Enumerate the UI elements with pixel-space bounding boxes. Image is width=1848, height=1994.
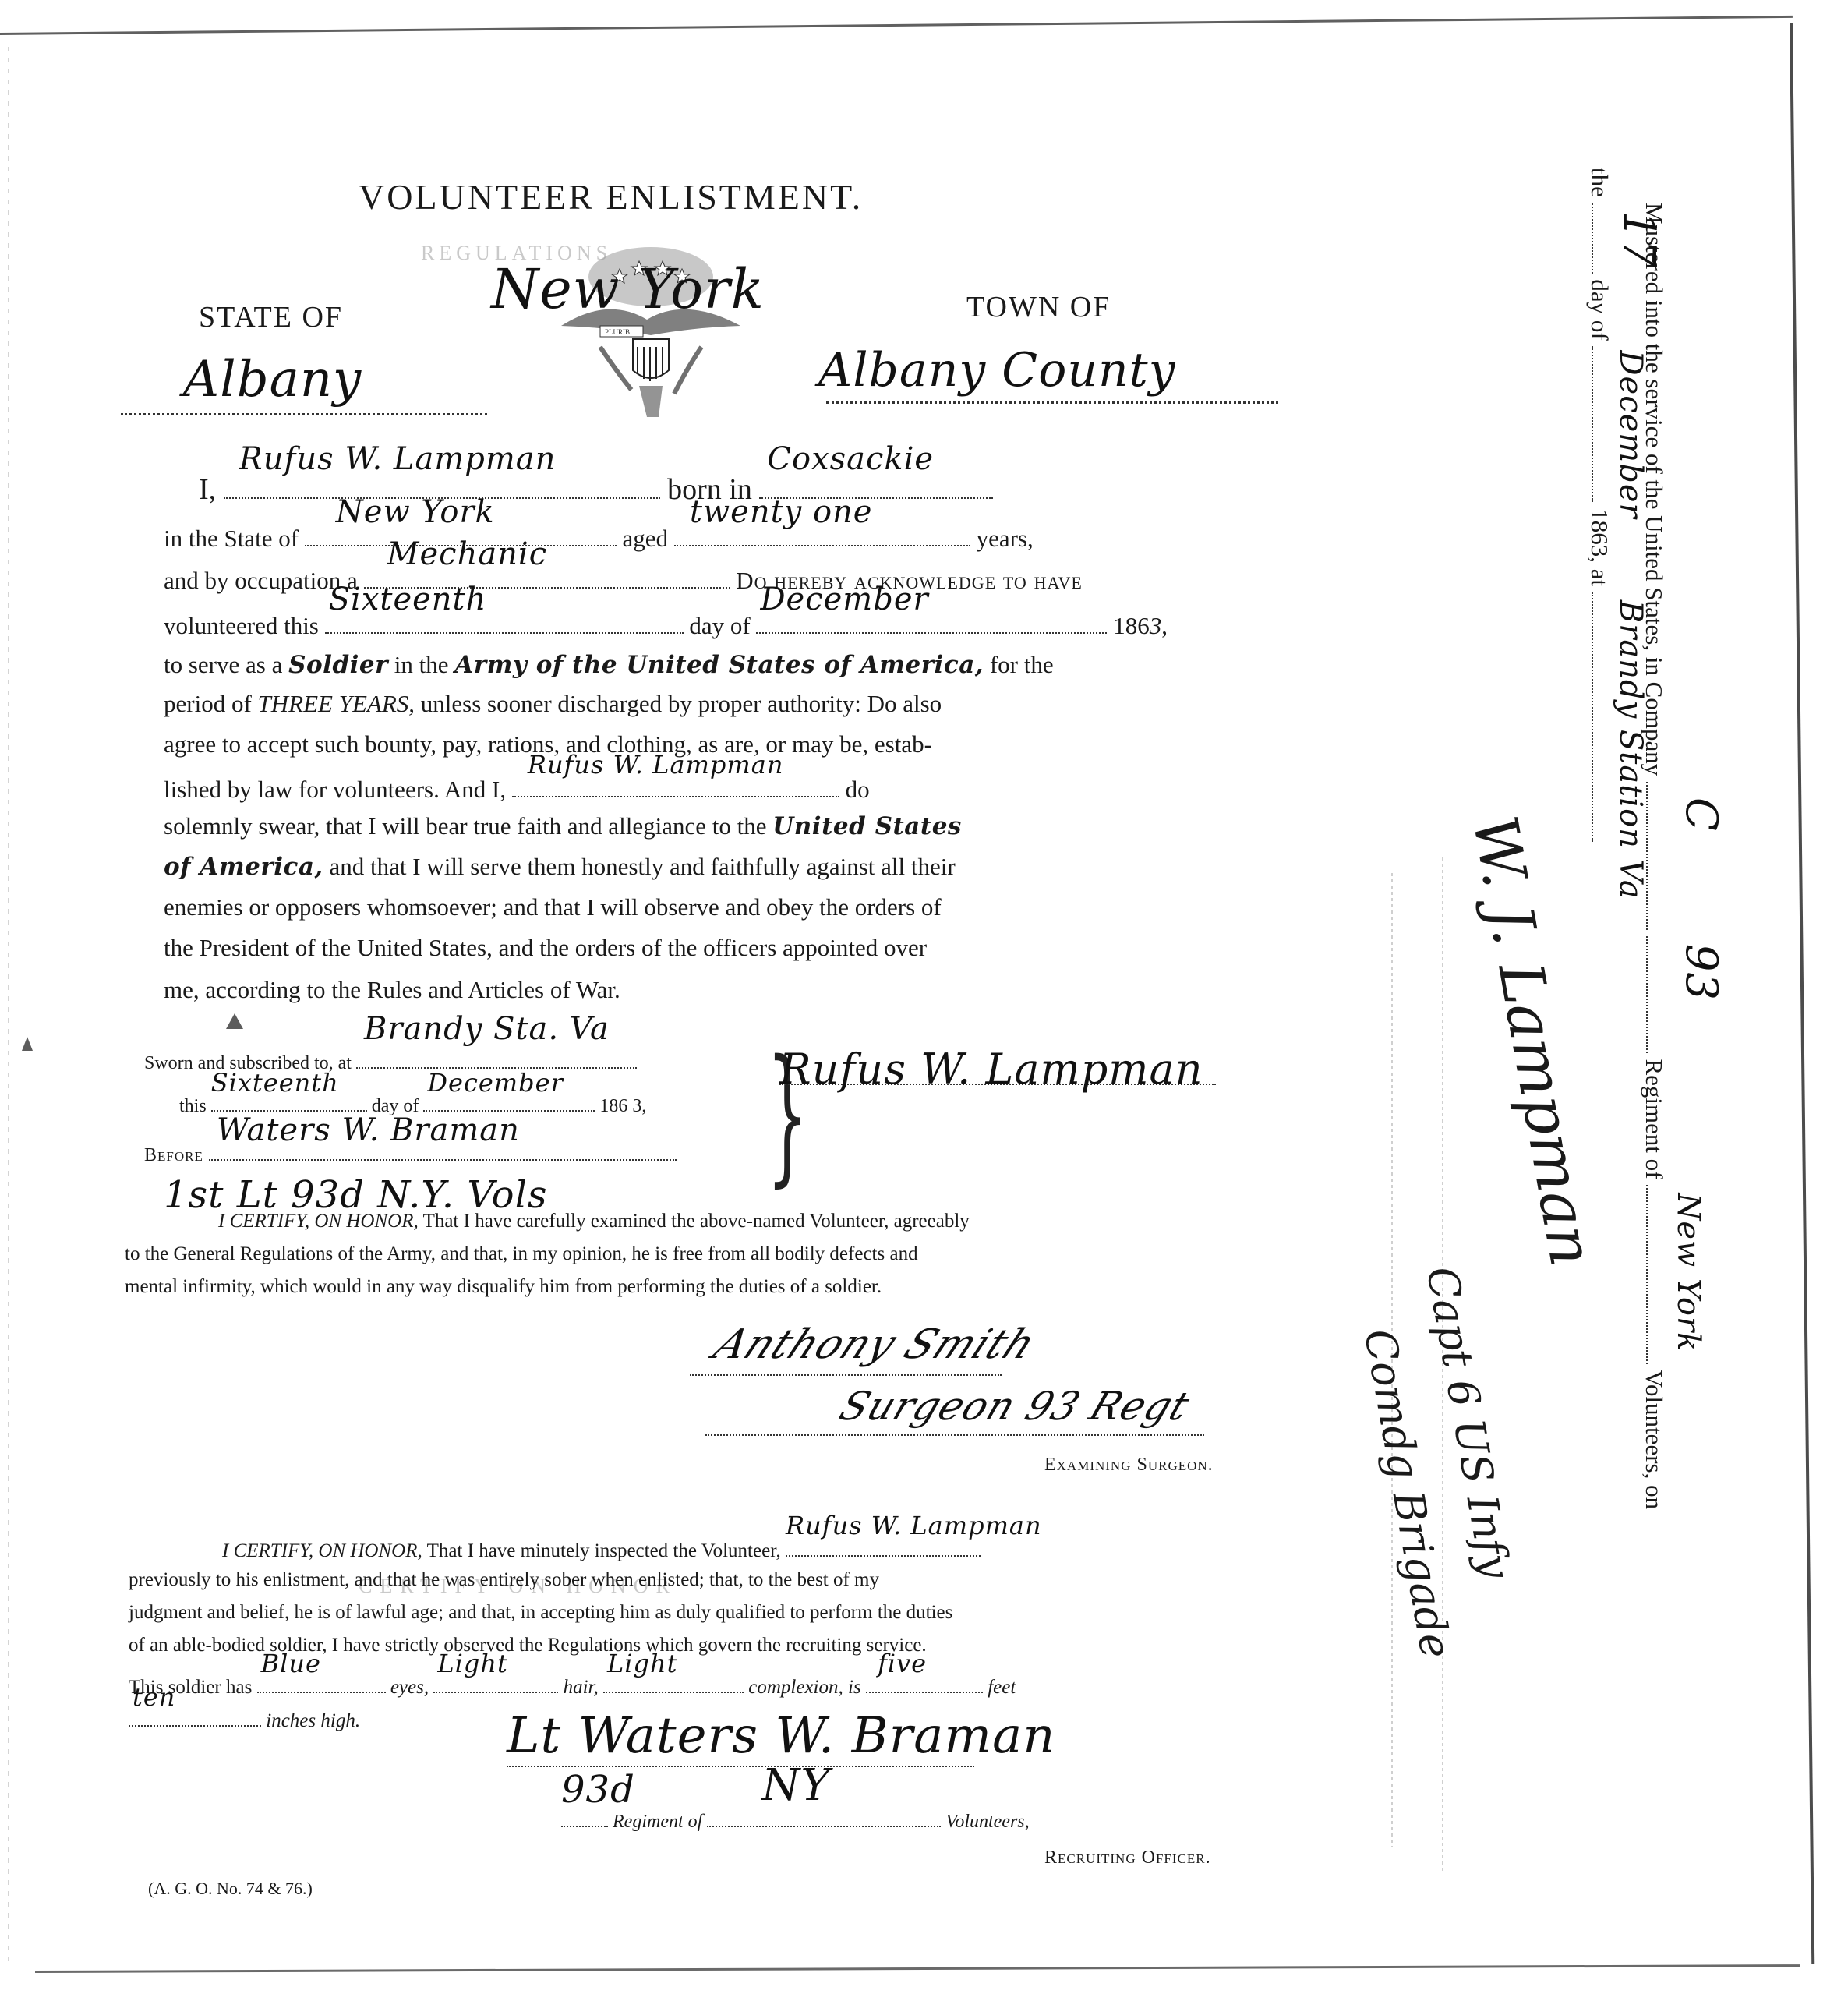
lished-text: lished by law for volunteers. And I, xyxy=(164,776,506,803)
description-line: This soldier has Blue eyes, Light hair, … xyxy=(129,1672,1016,1699)
muster-text: day of xyxy=(1586,279,1613,340)
recruiter-cert-line2: previously to his enlistment, and that h… xyxy=(129,1569,879,1591)
in-state-label: in the State of xyxy=(164,525,299,552)
examining-surgeon-title: Examining Surgeon. xyxy=(1044,1455,1214,1476)
year-prefix: 186 xyxy=(1113,612,1150,639)
enlistment-line-serve-them: of America, and that I will serve them h… xyxy=(164,853,956,881)
surgeon-signature-2[interactable]: Surgeon 93 Regt xyxy=(833,1384,1196,1429)
enlistment-line-occupation: and by occupation a Mechanic Do hereby a… xyxy=(164,563,1083,595)
surgeon-signature-line-2 xyxy=(705,1434,1204,1436)
united-states-text: United States xyxy=(772,812,962,840)
complexion-field[interactable]: Light xyxy=(603,1672,744,1693)
enlistment-line-date: volunteered this Sixteenth day of Decemb… xyxy=(164,608,1168,640)
feet-label: feet xyxy=(988,1677,1016,1698)
surgeon-cert-line1: I CERTIFY, ON HONOR, That I have careful… xyxy=(218,1211,970,1232)
period-text: period of xyxy=(164,690,252,717)
volunteer-month-field[interactable]: December xyxy=(756,608,1107,634)
town-field[interactable]: Albany County xyxy=(818,343,1176,398)
serve-text: to serve as a xyxy=(164,651,282,678)
page-edge-right xyxy=(1790,23,1814,1964)
day-of-label: day of xyxy=(689,612,750,639)
form-title: VOLUNTEER ENLISTMENT. xyxy=(359,176,863,217)
enlistment-line-swear: solemnly swear, that I will bear true fa… xyxy=(164,812,962,840)
before-field[interactable]: Waters W. Braman xyxy=(209,1140,677,1161)
serve-text: for the xyxy=(990,651,1054,678)
inches-field[interactable]: ten xyxy=(129,1706,261,1727)
enlistment-line-rules: me, according to the Rules and Articles … xyxy=(164,976,620,1004)
hair-label: hair, xyxy=(564,1677,599,1698)
eyes-field[interactable]: Blue xyxy=(257,1672,386,1693)
muster-text: the xyxy=(1586,168,1613,197)
enlistment-line-name: I, Rufus W. Lampman born in Coxsackie xyxy=(199,468,993,507)
ago-note: (A. G. O. No. 74 & 76.) xyxy=(148,1879,313,1899)
muster-place-field[interactable]: Brandy Station Va xyxy=(1592,592,1617,842)
recruiter-cert-line1: I CERTIFY, ON HONOR, That I have minutel… xyxy=(222,1536,981,1562)
surgeon-signature[interactable]: Anthony Smith xyxy=(706,1321,1044,1368)
sworn-place-field[interactable]: Brandy Sta. Va xyxy=(356,1048,637,1069)
county-left-field[interactable]: Albany xyxy=(183,351,362,408)
oath-name-field[interactable]: Rufus W. Lampman xyxy=(512,772,839,797)
muster-text: Volunteers, on xyxy=(1641,1370,1668,1510)
volunteers-label: Volunteers, xyxy=(945,1812,1029,1832)
sworn-day-field[interactable]: Sixteenth xyxy=(211,1091,367,1112)
page-edge-left xyxy=(8,47,9,1964)
surgeon-signature-line xyxy=(690,1374,1002,1376)
complexion-label: complexion, is xyxy=(748,1677,860,1698)
county-left-underline xyxy=(121,413,487,415)
army-text: Army of the United States of America, xyxy=(454,651,984,679)
enlistment-line-enemies: enemies or opposers whomsoever; and that… xyxy=(164,893,942,921)
page-edge-bottom xyxy=(35,1964,1800,1973)
muster-text: 1863, at xyxy=(1586,508,1613,586)
recruiter-cert-text: That I have minutely inspected the Volun… xyxy=(427,1540,781,1561)
feet-field[interactable]: five xyxy=(866,1672,983,1693)
muster-text: Regiment of xyxy=(1641,1059,1668,1179)
years-label: years, xyxy=(977,525,1034,552)
swear-text: solemnly swear, that I will bear true fa… xyxy=(164,812,766,840)
sworn-line-before: Before Waters W. Braman xyxy=(144,1140,677,1166)
inspected-volunteer-field[interactable]: Rufus W. Lampman xyxy=(786,1536,981,1557)
of-america-text: of America, xyxy=(164,853,323,881)
volunteer-day-field[interactable]: Sixteenth xyxy=(325,608,684,634)
recruiting-officer-title: Recruiting Officer. xyxy=(1044,1847,1211,1868)
svg-text:PLURIB: PLURIB xyxy=(605,328,630,336)
inches-line: ten inches high. xyxy=(129,1706,360,1732)
recruiter-signature[interactable]: Lt Waters W. Braman xyxy=(507,1707,1055,1765)
aged-label: aged xyxy=(623,525,669,552)
inches-label: inches high. xyxy=(266,1710,360,1731)
town-underline xyxy=(826,401,1278,404)
serve-text: in the xyxy=(394,651,449,678)
enlistment-line-period: period of THREE YEARS, unless sooner dis… xyxy=(164,690,942,718)
before-label: Before xyxy=(144,1145,203,1165)
stray-mark xyxy=(22,1037,33,1051)
certify-lead: I CERTIFY, ON HONOR, xyxy=(218,1211,419,1232)
three-years-text: THREE YEARS, xyxy=(258,690,415,717)
town-label: TOWN OF xyxy=(966,290,1111,324)
muster-month-field[interactable]: December xyxy=(1592,346,1617,502)
sworn-year: 186 3, xyxy=(599,1096,646,1116)
recruiter-signature-line xyxy=(507,1766,974,1767)
regiment-state-field[interactable]: NY xyxy=(707,1807,941,1827)
muster-regiment-state-field[interactable]: New York xyxy=(1646,1185,1672,1364)
hair-field[interactable]: Light xyxy=(433,1672,558,1693)
page-edge-top xyxy=(0,16,1793,35)
surgeon-cert-text: That I have carefully examined the above… xyxy=(423,1211,970,1232)
do-text: do xyxy=(846,776,870,803)
eyes-label: eyes, xyxy=(390,1677,429,1698)
period-text: unless sooner discharged by proper autho… xyxy=(421,690,942,717)
i-label: I, xyxy=(199,473,216,506)
surgeon-cert-line2: to the General Regulations of the Army, … xyxy=(125,1243,918,1265)
muster-regiment-number-field[interactable]: 93 xyxy=(1646,936,1672,1053)
enlistment-line-president: the President of the United States, and … xyxy=(164,934,927,962)
regiment-number-field[interactable]: 93d xyxy=(561,1807,608,1827)
enlistment-line-state: in the State of New York aged twenty one… xyxy=(164,521,1034,553)
recruiter-cert-line4: of an able-bodied soldier, I have strict… xyxy=(129,1635,927,1656)
state-field[interactable]: New York xyxy=(491,257,765,321)
recruit-signature[interactable]: Rufus W. Lampman xyxy=(779,1045,1203,1094)
state-label: STATE OF xyxy=(199,300,343,334)
certify-lead: I CERTIFY, ON HONOR, xyxy=(222,1540,422,1561)
sworn-month-field[interactable]: December xyxy=(423,1091,595,1112)
soldier-text: Soldier xyxy=(288,651,388,679)
volunteered-label: volunteered this xyxy=(164,612,319,639)
serve-them-text: and that I will serve them honestly and … xyxy=(330,853,956,880)
recruiter-cert-line3: judgment and belief, he is of lawful age… xyxy=(129,1602,952,1624)
regiment-line: 93d Regiment of NY Volunteers, xyxy=(561,1807,1030,1833)
aged-field[interactable]: twenty one xyxy=(674,521,970,546)
regiment-label: Regiment of xyxy=(613,1812,702,1832)
year-suffix-field[interactable]: 3 xyxy=(1150,612,1162,639)
muster-day-field[interactable]: 17 xyxy=(1592,203,1617,274)
enlistment-line-oath-name: lished by law for volunteers. And I, Ruf… xyxy=(164,772,870,804)
this-label: this xyxy=(179,1096,207,1116)
muster-line-2: the 17 day of December 1863, at Brandy S… xyxy=(1585,168,1617,842)
stray-mark xyxy=(226,1013,243,1029)
enlistment-line-serve: to serve as a Soldier in the Army of the… xyxy=(164,651,1054,679)
muster-company-field[interactable]: C xyxy=(1646,782,1672,930)
muster-officer-signature[interactable]: W. J. Lampman xyxy=(1458,811,1606,1271)
surgeon-cert-line3: mental infirmity, which would in any way… xyxy=(125,1276,882,1298)
